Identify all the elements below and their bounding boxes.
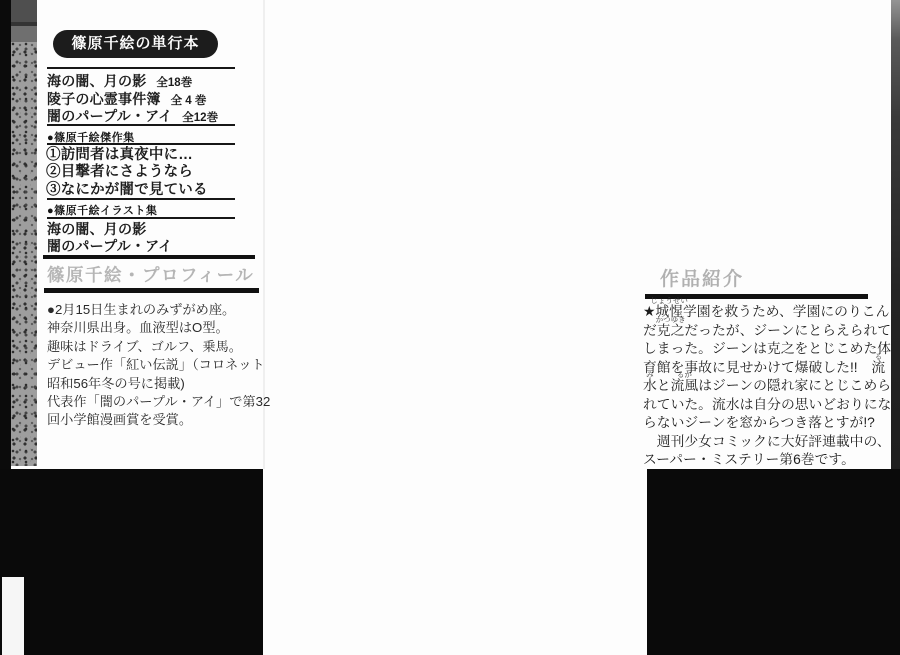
- divider: [47, 67, 235, 69]
- profile-line: 昭和56年冬の号に掲載): [47, 375, 267, 393]
- intro-line: らないジーンを窓からつき落とすが!?: [643, 414, 891, 433]
- intro-text-segment: スーパー・ミステリー第6巻です。: [643, 451, 855, 470]
- book-flap-scan: 篠原千絵の単行本 海の闇、月の影全18巻陵子の心霊事件簿全 4 巻闇のパープル・…: [0, 0, 900, 655]
- book-row: 陵子の心霊事件簿全 4 巻: [47, 89, 247, 107]
- intro-line: しまった。ジーンは克之をとじこめた体: [643, 340, 891, 359]
- furigana: るか: [677, 371, 692, 379]
- intro-text-segment: だったが、ジーンにとらえられて: [684, 322, 891, 341]
- profile-line: ●2月15日生まれのみずがめ座。: [47, 301, 267, 319]
- furigana: かつゆき: [656, 316, 686, 324]
- illustration-item: 闇のパープル・アイ: [47, 238, 172, 255]
- profile-line: 神奈川県出身。血液型はO型。: [47, 319, 267, 337]
- profile-line: デビュー作「紅い伝説」（コロネット: [47, 356, 267, 374]
- intro-header: 作品紹介: [660, 264, 744, 291]
- illustration-list: 海の闇、月の影闇のパープル・アイ: [47, 221, 172, 254]
- intro-text-segment: 週刊少女コミックに大好評連載中の、: [643, 433, 891, 452]
- divider: [47, 198, 235, 200]
- profile-line: 回小学館漫画賞を受賞。: [47, 411, 267, 429]
- profile-line: 趣味はドライブ、ゴルフ、乗馬。: [47, 338, 267, 356]
- masterpiece-item: ③なにかが闇で見ている: [46, 182, 208, 199]
- masterpiece-item: ①訪問者は真夜中に…: [46, 147, 208, 164]
- intro-text-segment: 流風るか: [671, 377, 699, 396]
- profile-header: 篠原千絵・プロフィール: [47, 262, 254, 287]
- spine-texture-speckle: [11, 42, 37, 466]
- book-volume-count: 全 4 巻: [171, 92, 207, 108]
- intro-line: 週刊少女コミックに大好評連載中の、: [643, 433, 891, 452]
- masterpiece-list: ①訪問者は真夜中に…②目撃者にさようなら③なにかが闇で見ている: [46, 147, 208, 199]
- intro-text-segment: 学園を救うため、学園にのりこん: [683, 303, 889, 322]
- book-row: 海の闇、月の影全18巻: [47, 71, 247, 89]
- spine-texture-top-block: [11, 0, 37, 22]
- intro-text-segment: しまった。ジーンは克之をとじこめた体: [643, 340, 891, 359]
- divider: [47, 124, 235, 126]
- intro-text-segment: だ: [643, 322, 657, 341]
- book-volume-count: 全12巻: [182, 109, 218, 125]
- furigana: み: [646, 371, 654, 379]
- spine-texture-strip: [11, 0, 37, 466]
- intro-line: だ克之かつゆきだったが、ジーンにとらえられて: [643, 322, 891, 341]
- spine-texture-band: [11, 26, 37, 42]
- intro-text-segment: 水み: [643, 377, 657, 396]
- intro-text-segment: らないジーンを窓からつき落とすが!?: [643, 414, 875, 433]
- spine-black-strip: [0, 0, 11, 469]
- book-list: 海の闇、月の影全18巻陵子の心霊事件簿全 4 巻闇のパープル・アイ全12巻: [47, 71, 247, 124]
- divider: [47, 217, 235, 219]
- illustration-item: 海の闇、月の影: [47, 221, 172, 238]
- illustration-section-label: ●篠原千絵イラスト集: [47, 202, 157, 218]
- divider-thick: [44, 288, 259, 293]
- furigana: る: [875, 353, 883, 361]
- profile-line: 代表作「闇のパープル・アイ」で第32: [47, 393, 267, 411]
- book-volume-count: 全18巻: [156, 74, 192, 90]
- bottom-left-white-notch: [2, 577, 24, 655]
- divider: [47, 143, 235, 145]
- intro-line: 水みと流風るかはジーンの隠れ家にとじこめら: [643, 377, 891, 396]
- bottom-right-black-panel: [647, 469, 900, 655]
- bottom-left-black-panel: [0, 469, 263, 655]
- intro-text-segment: 流る: [871, 359, 885, 378]
- intro-text-segment: と: [657, 377, 671, 396]
- intro-paragraph: ★城惺じょうせい学園を救うため、学園にのりこんだ克之かつゆきだったが、ジーンにと…: [643, 303, 891, 470]
- profile-text: ●2月15日生まれのみずがめ座。神奈川県出身。血液型はO型。趣味はドライブ、ゴル…: [47, 301, 267, 430]
- intro-text-segment: 克之かつゆき: [657, 322, 685, 341]
- intro-text-segment: れていた。流水は自分の思いどおりにな: [643, 396, 891, 415]
- masterpiece-item: ②目撃者にさようなら: [46, 164, 208, 181]
- intro-text-segment: はジーンの隠れ家にとじこめら: [698, 377, 891, 396]
- intro-line: スーパー・ミステリー第6巻です。: [643, 451, 891, 470]
- book-row: 闇のパープル・アイ全12巻: [47, 106, 247, 124]
- intro-text-segment: ★: [643, 303, 655, 322]
- tankobon-header-pill: 篠原千絵の単行本: [53, 30, 218, 58]
- intro-line: れていた。流水は自分の思いどおりにな: [643, 396, 891, 415]
- divider-thick: [43, 255, 255, 259]
